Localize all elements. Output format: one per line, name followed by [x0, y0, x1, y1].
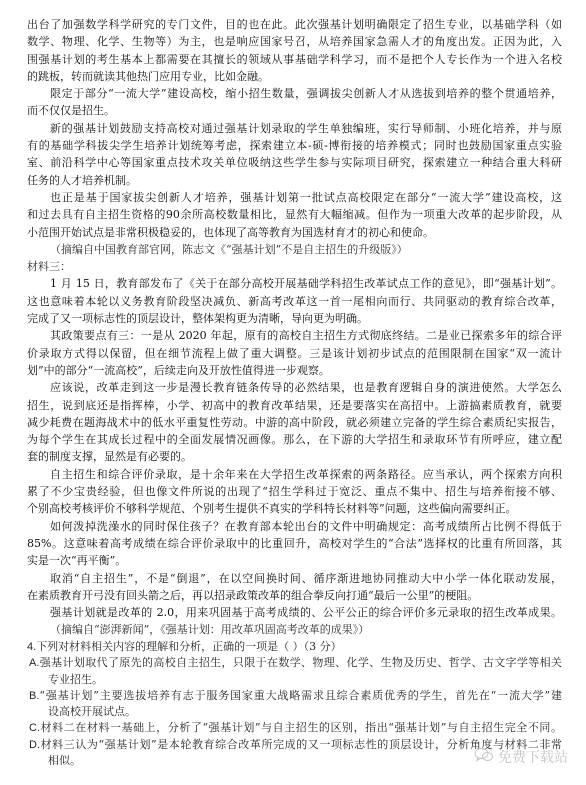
passage-line: 取消“自主招生”，不是“倒退”，在以空间换时间、循序渐进地协同推动大中小学一体化… [27, 570, 562, 587]
passage-line: 这也意味着本轮以义务教育阶段坚决减负、新高考改革这一首一尾相向而行、共同驱动的教… [27, 293, 562, 310]
material-3: 材料三： 1 月 15 日，教育部发布了《关于在部分高校开展基础学科招生改革试点… [27, 258, 562, 639]
passage-line: 也正是基于国家拔尖创新人才培养，强基计划第一批试点高校限定在部分“一流大学”建设… [27, 189, 562, 206]
paragraph: 其政策要点有三：一是从 2020 年起，原有的高校自主招生方式彻底终结。二是业已… [27, 327, 562, 379]
passage-line: 围强基计划的考生基本上都需要在其擅长的领域从事基础学科学习，而不是把个人专长作为… [27, 51, 562, 68]
passage-line: 其政策要点有三：一是从 2020 年起，原有的高校自主招生方式彻底终结。二是业已… [27, 327, 562, 344]
passage-line: 自主招生和综合评价录取，是十余年来在大学招生改革探索的两条路径。应当承认，两个探… [27, 466, 562, 483]
option-text: 强基计划取代了原先的高校自主招生，只限于在数学、物理、化学、生物及历史、哲学、古… [39, 656, 562, 669]
question-number: 4. [27, 641, 36, 653]
passage-line: 和过去具有自主招生资格的90余所高校数量相比，显然有大幅缩减。但作为一项重大改革… [27, 206, 562, 223]
option-line: 设高校开展试点。 [27, 704, 562, 720]
option-label: D. [29, 739, 40, 751]
passage-line: 数学、物理、化学、生物等）为主，也是响应国家号召，从培养国家急需人才的角度出发。… [27, 33, 562, 50]
passage-line: 在素质教育开弓没有回头箭之后，再以招录政策改革的组合拳反向打通“最后一公里”的梗… [27, 587, 562, 604]
paragraph: 1 月 15 日，教育部发布了《关于在部分高校开展基础学科招生改革试点工作的意见… [27, 275, 562, 327]
paragraph: 应该说，改革走到这一步是漫长教育链条传导的必然结果，也是教育逻辑自身的演进使然。… [27, 379, 562, 465]
option-line: A.强基计划取代了原先的高校自主招生，只限于在数学、物理、化学、生物及历史、哲学… [27, 655, 562, 671]
paragraph: 新的强基计划鼓励支持高校对通过强基计划录取的学生单独编班，实行导师制、小班化培养… [27, 120, 562, 189]
passage-line: 的跳板，转而就读其他热门应用专业，比如金融。 [27, 68, 562, 85]
passage-line: 有的基础学科拔尖学生培养计划统筹考虑，探索建立本-硕-博衔接的培养模式；同时也鼓… [27, 137, 562, 154]
option-line: 专业招生。 [27, 672, 562, 688]
wechat-icon [474, 747, 494, 767]
passage-line: 限定于部分“一流大学”建设高校，缩小招生数量，强调拔尖创新人才从选拔到培养的整个… [27, 85, 562, 102]
paragraph: 出台了加强数学科学研究的专门文件，目的也在此。此次强基计划明确限定了招生专业，以… [27, 16, 562, 85]
passage-line: 招生，说到底还是指挥棒，小学、初高中的教育改革结果，还是要落实在高招中。上游搞素… [27, 397, 562, 414]
passage-line: 室、前沿科学中心等国家重点技术攻关单位吸纳这些学生参与实际项目研究，探索建立一种… [27, 154, 562, 171]
option-text: “强基计划”主要选拔培养有志于服务国家重大战略需求且综合素质优秀的学生，首先在“… [39, 689, 562, 702]
material-3-source-citation: （摘编自“澎湃新闻”，《强基计划：用改革巩固高考改革的成果》） [27, 621, 562, 638]
option-label: C. [29, 722, 40, 734]
option-line: B.“强基计划”主要选拔培养有志于服务国家重大战略需求且综合素质优秀的学生，首先… [27, 688, 562, 704]
option-label: A. [29, 657, 39, 669]
paragraph: 强基计划就是改革的 2.0，用来巩固基于高考成绩的、公平公正的综合评价多元录取的… [27, 604, 562, 621]
passage-line: 应该说，改革走到这一步是漫长教育链条传导的必然结果，也是教育逻辑自身的演进使然。… [27, 379, 562, 396]
question-stem: 4.下列对材料相关内容的理解和分析，正确的一项是（ ）（3 分） [27, 639, 562, 655]
passage-line: 任务的人才培养机制。 [27, 172, 562, 189]
passage-line: 新的强基计划鼓励支持高校对通过强基计划录取的学生单独编班，实行导师制、小班化培养… [27, 120, 562, 137]
passage-line: 实是一次“再平衡”。 [27, 552, 562, 569]
paragraph: 限定于部分“一流大学”建设高校，缩小招生数量，强调拔尖创新人才从选拔到培养的整个… [27, 85, 562, 120]
passage-line: 出台了加强数学科学研究的专门文件，目的也在此。此次强基计划明确限定了招生专业，以… [27, 16, 562, 33]
option-b[interactable]: B.“强基计划”主要选拔培养有志于服务国家重大战略需求且综合素质优秀的学生，首先… [27, 688, 562, 721]
material-2-source-citation: （摘编自中国教育部官网，陈志文《“强基计划”不是自主招生的升级版》） [27, 241, 562, 258]
material-2: 出台了加强数学科学研究的专门文件，目的也在此。此次强基计划明确限定了招生专业，以… [27, 16, 562, 258]
material-3-heading: 材料三： [27, 258, 562, 275]
passage-line: 85%。这意味着高考成绩在综合评价录取中的比重回升，高校对学生的“合法”选择权的… [27, 535, 562, 552]
option-label: B. [29, 690, 39, 702]
question-stem-text: 下列对材料相关内容的理解和分析，正确的一项是（ ）（3 分） [36, 640, 342, 653]
passage-line: 划”中的部分“一流高校”，后续走向及开放性值得进一步观察。 [27, 362, 562, 379]
watermark-text: 免费下载站 [498, 747, 568, 767]
option-c[interactable]: C.材料二在材料一基础上，分析了“强基计划”与自主招生的区别，指出“强基计划”与… [27, 720, 562, 736]
paragraph: 取消“自主招生”，不是“倒退”，在以空间换时间、循序渐进地协同推动大中小学一体化… [27, 570, 562, 605]
passage-line: 减少耗费在题海战术中的低水平重复性劳动。中游的高中阶段，就必须建立完备的学生综合… [27, 414, 562, 431]
paragraph: 自主招生和综合评价录取，是十余年来在大学招生改革探索的两条路径。应当承认，两个探… [27, 466, 562, 518]
passage-line: 如何泼掉洗澡水的同时保住孩子？在教育部本轮出台的文件中明确规定：高考成绩所占比例… [27, 518, 562, 535]
passage-line: 价录取方式得以保留，但在细节流程上做了重大调整。三是该计划初步试点的范围限制在国… [27, 345, 562, 362]
paragraph: 如何泼掉洗澡水的同时保住孩子？在教育部本轮出台的文件中明确规定：高考成绩所占比例… [27, 518, 562, 570]
passage-line: 累了不少宝贵经验，但也像文件所说的出现了“招生学科过于宽泛、重点不集中、招生与培… [27, 483, 562, 500]
passage-line: 小范围开始试点是非常积极稳妥的，也体现了高等教育为国选材育才的初心和使命。 [27, 224, 562, 241]
option-text: 材料二在材料一基础上，分析了“强基计划”与自主招生的区别，指出“强基计划”与自主… [40, 721, 562, 734]
option-line: C.材料二在材料一基础上，分析了“强基计划”与自主招生的区别，指出“强基计划”与… [27, 720, 562, 736]
paragraph: 也正是基于国家拔尖创新人才培养，强基计划第一批试点高校限定在部分“一流大学”建设… [27, 189, 562, 241]
passage-line: 为每个学生在其成长过程中的全面发展情况画像。那么，在下游的大学招生和录取环节有所… [27, 431, 562, 448]
passage-line: 1 月 15 日，教育部发布了《关于在部分高校开展基础学科招生改革试点工作的意见… [27, 275, 562, 292]
passage-line: 套的制度支撑，显然是有必要的。 [27, 448, 562, 465]
watermark: 免费下载站 [474, 748, 568, 766]
option-a[interactable]: A.强基计划取代了原先的高校自主招生，只限于在数学、物理、化学、生物及历史、哲学… [27, 655, 562, 688]
passage-line: 而不仅仅是招生。 [27, 102, 562, 119]
passage-line: 强基计划就是改革的 2.0，用来巩固基于高考成绩的、公平公正的综合评价多元录取的… [27, 604, 562, 621]
reading-passage: 出台了加强数学科学研究的专门文件，目的也在此。此次强基计划明确限定了招生专业，以… [27, 16, 562, 639]
passage-line: 个别高校考核评价不够科学规范、个别考生提供不真实的学科特长材料等”问题，这些偏向… [27, 500, 562, 517]
passage-line: 完成了又一项标志性的顶层设计，整体架构更为清晰，导向更为明确。 [27, 310, 562, 327]
